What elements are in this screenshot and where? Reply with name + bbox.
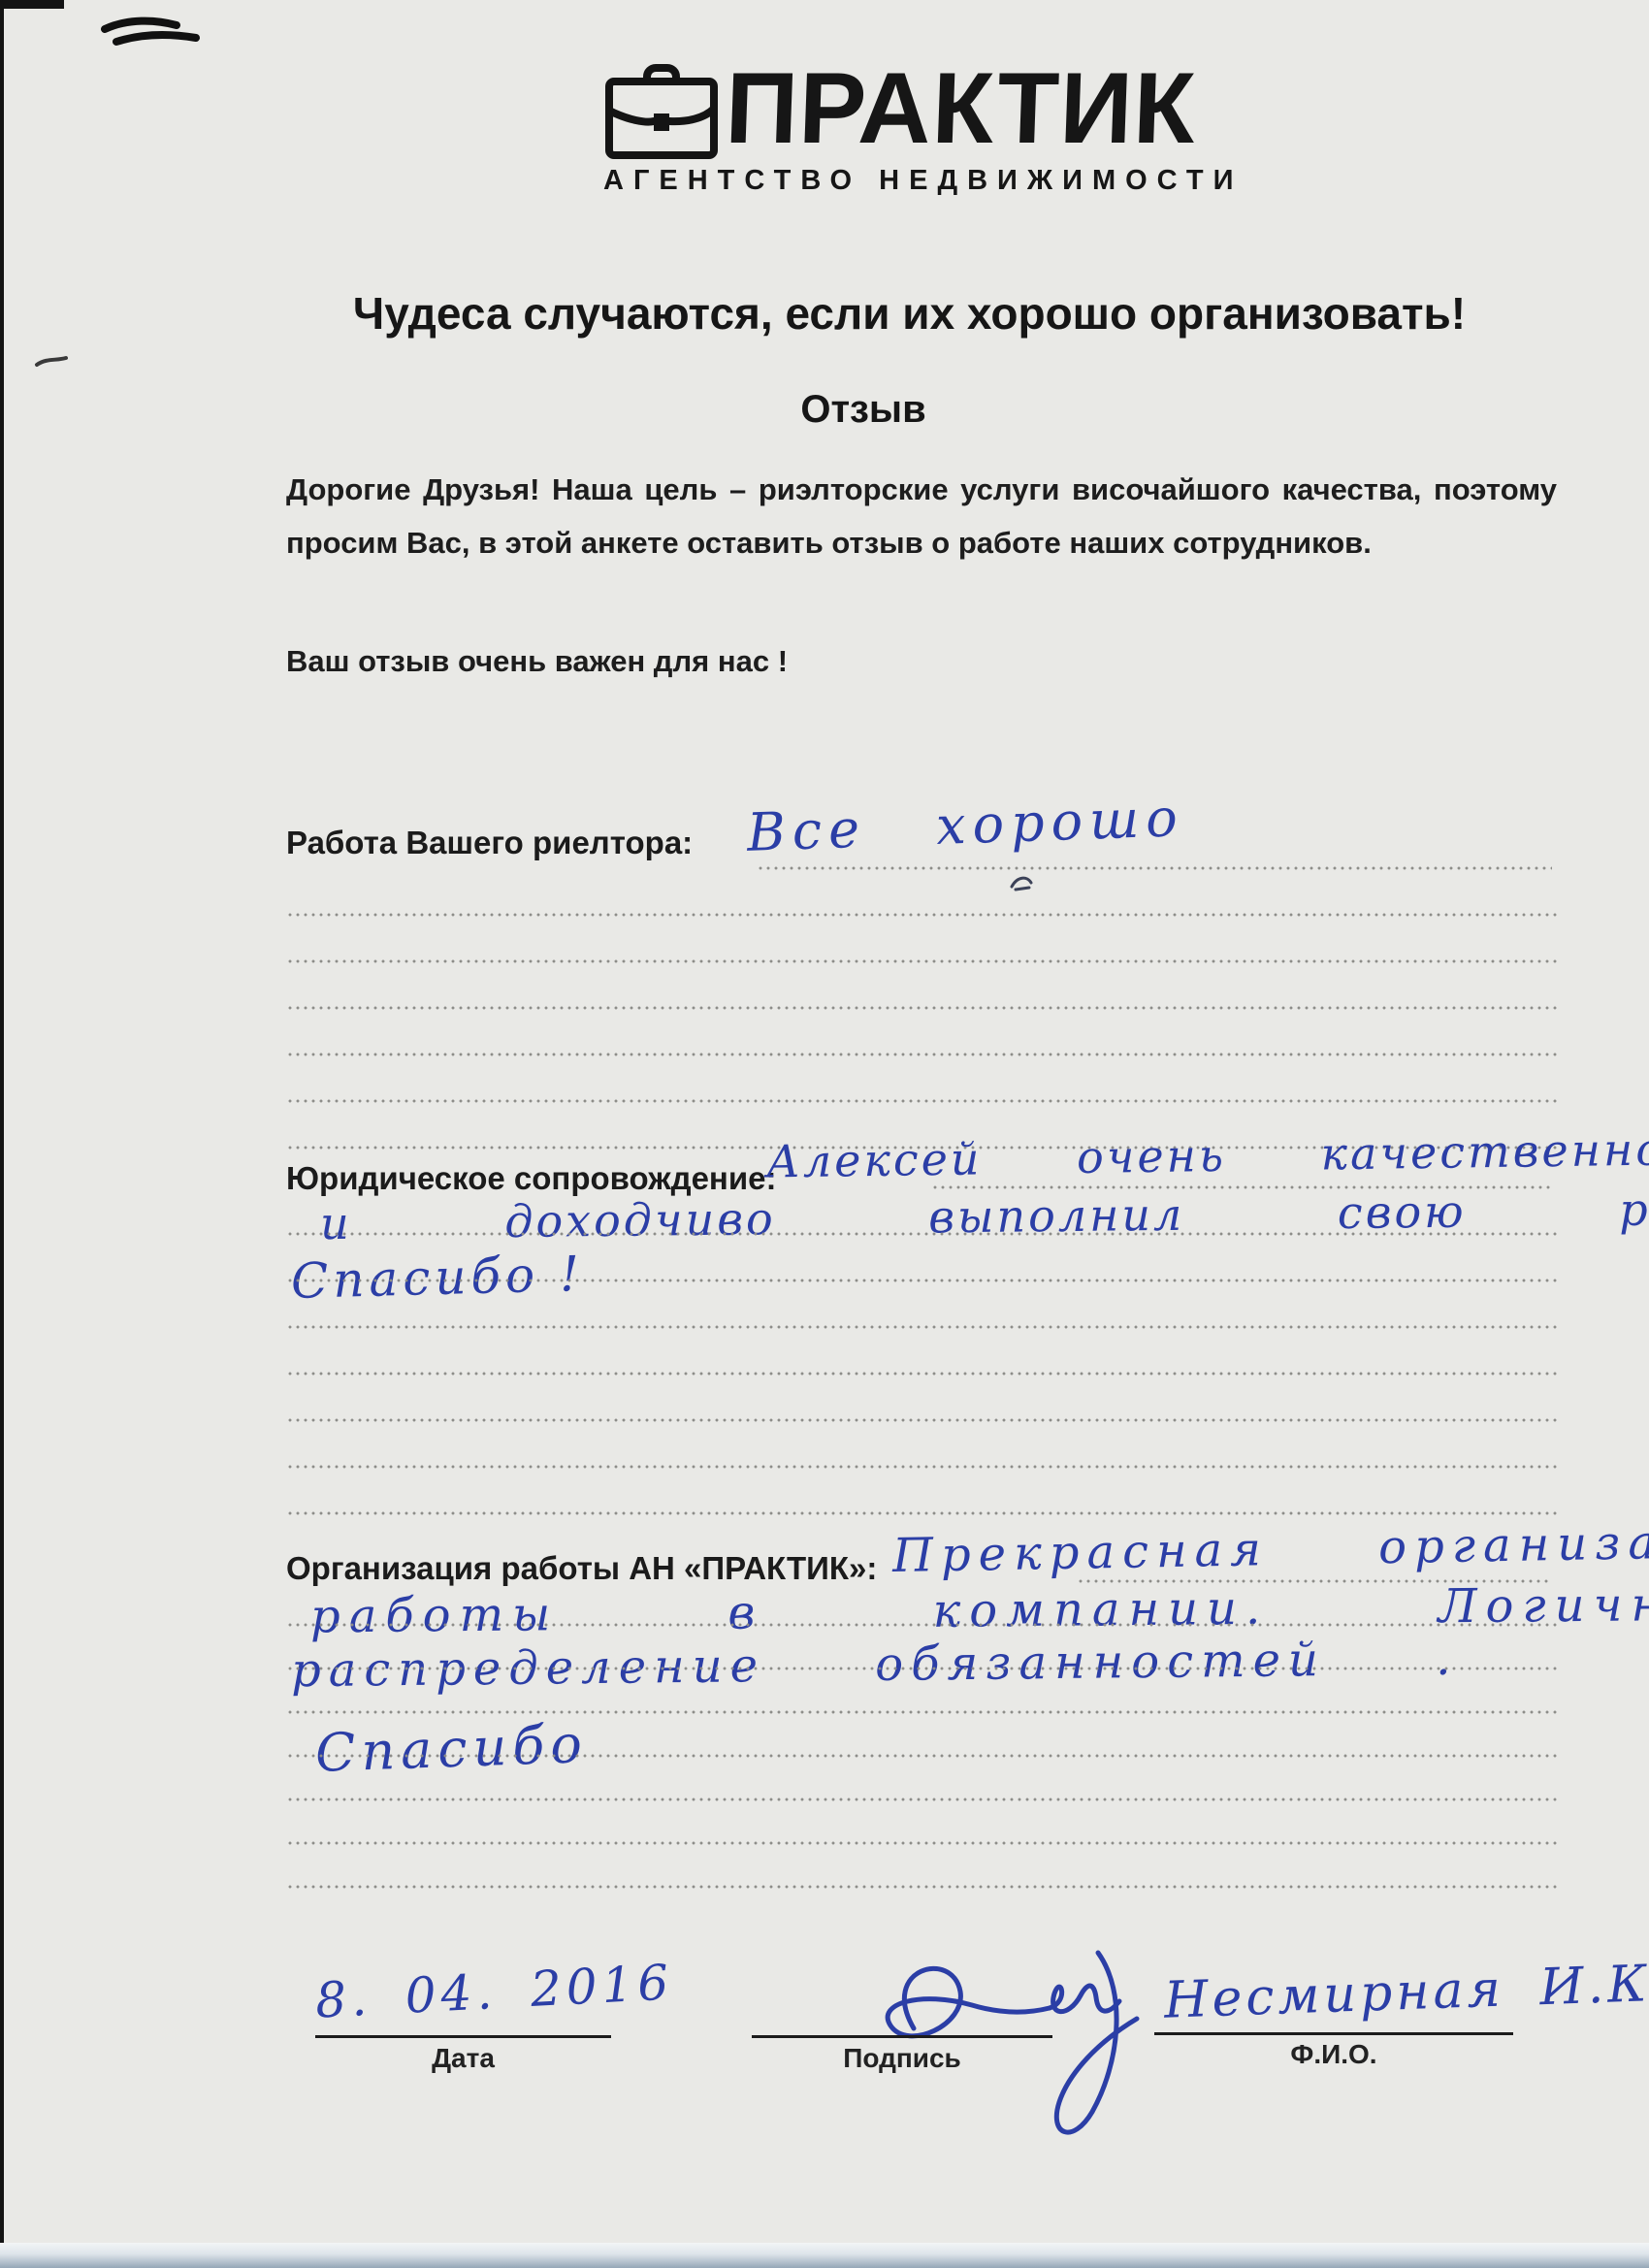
answer-line	[931, 1185, 1552, 1189]
date-label: Дата	[315, 2043, 611, 2074]
name-label: Ф.И.О.	[1154, 2039, 1513, 2070]
form-title: Отзыв	[170, 388, 1557, 432]
briefcase-icon	[603, 62, 720, 159]
answer-line	[286, 1099, 1557, 1103]
answer-line	[286, 1667, 1557, 1670]
legal-support-answer-line-1: Алексей очень качественно	[766, 1127, 1649, 1184]
brand-subtitle: АГЕНТСТВО НЕДВИЖИМОСТИ	[603, 167, 1243, 195]
page-headline: Чудеса случаются, если их хорошо организ…	[170, 287, 1649, 340]
scan-ink-speck	[1009, 873, 1036, 894]
answer-line	[286, 1006, 1557, 1010]
realtor-work-label: Работа Вашего риелтора:	[286, 825, 693, 861]
scan-edge-bottom	[0, 2243, 1649, 2268]
agency-organisation-answer-line-1: Прекрасная организация	[892, 1517, 1649, 1579]
answer-line	[286, 1053, 1557, 1056]
scan-edge-left	[0, 0, 4, 2243]
answer-line	[286, 1511, 1557, 1515]
brand-name: ПРАКТИК	[724, 58, 1198, 159]
answer-line	[286, 959, 1557, 963]
legal-support-label: Юридическое сопровождение:	[286, 1160, 777, 1197]
answer-line	[286, 1372, 1557, 1376]
note-line: Ваш отзыв очень важен для нас !	[286, 644, 788, 679]
scan-pen-marks	[97, 16, 213, 50]
answer-line	[286, 1841, 1557, 1845]
agency-organisation-answer-line-3: распределение обязанностей .	[291, 1636, 1459, 1695]
answer-line	[286, 1465, 1557, 1469]
realtor-work-answer: Все хорошо	[746, 792, 1184, 859]
answer-line	[286, 1325, 1557, 1329]
date-value: 8. 04. 2016	[314, 1958, 674, 2025]
agency-organisation-label: Организация работы АН «ПРАКТИК»:	[286, 1550, 877, 1587]
answer-line	[286, 1623, 1557, 1627]
name-value: Несмирная И.К	[1163, 1959, 1649, 2025]
answer-line	[286, 1798, 1557, 1801]
answer-line	[286, 1710, 1557, 1714]
answer-line	[286, 1418, 1557, 1422]
scan-edge-top	[0, 0, 64, 9]
answer-line	[1077, 1579, 1552, 1583]
date-line	[315, 2035, 611, 2038]
agency-organisation-answer-line-4: Спасибо	[314, 1718, 588, 1780]
answer-line	[286, 1279, 1557, 1282]
name-line	[1154, 2032, 1513, 2035]
answer-line	[286, 1232, 1557, 1236]
answer-line	[757, 866, 1552, 870]
legal-support-answer-line-3: Спасибо !	[290, 1249, 584, 1306]
signature-label: Подпись	[752, 2043, 1052, 2074]
answer-line	[286, 1885, 1557, 1889]
legal-support-answer-line-2: и доходчиво выполнил свою работу	[320, 1185, 1649, 1246]
answer-line	[286, 913, 1557, 917]
scanned-feedback-form: ПРАКТИК АГЕНТСТВО НЕДВИЖИМОСТИ Чудеса сл…	[0, 0, 1649, 2268]
intro-paragraph: Дорогие Друзья! Наша цель – риэлторские …	[286, 464, 1557, 569]
answer-line	[286, 1754, 1557, 1758]
signature-line	[752, 2035, 1052, 2038]
scan-small-mark	[35, 353, 70, 374]
